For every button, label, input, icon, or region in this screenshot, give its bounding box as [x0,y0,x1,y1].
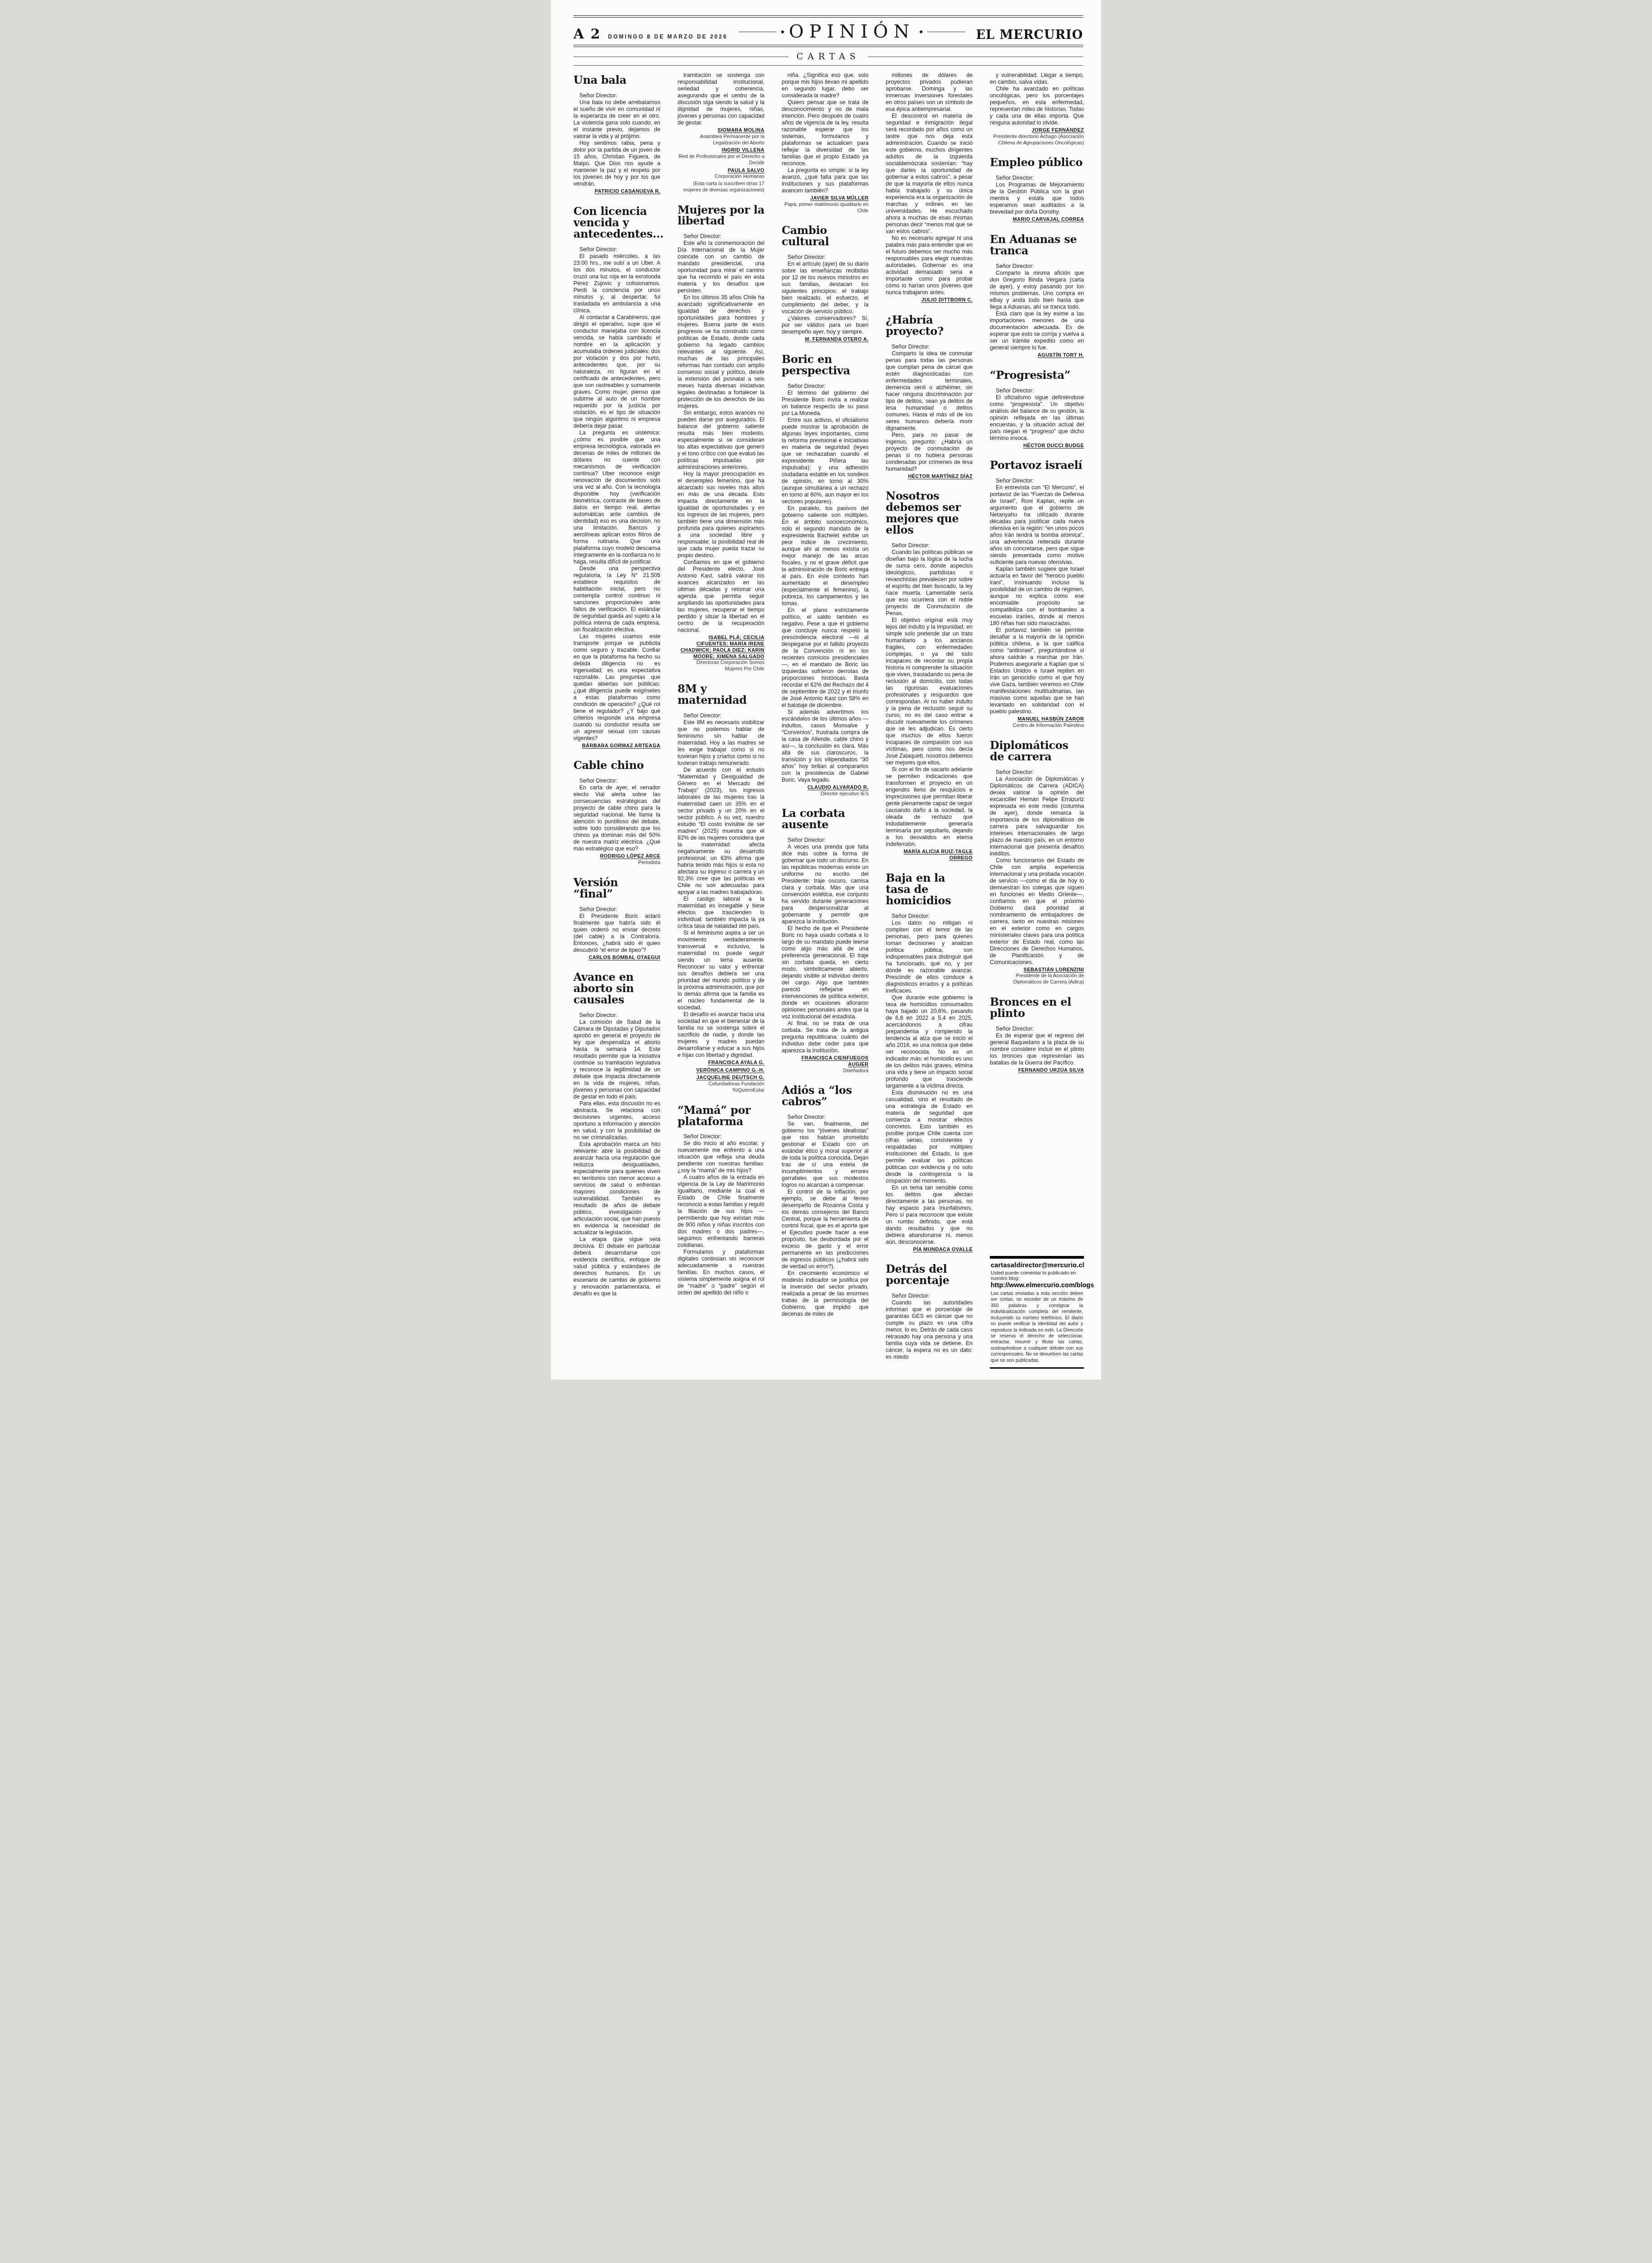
letter-title: Bronces en el plinto [990,997,1084,1019]
signature-name: AGUSTÍN TORT H. [1038,353,1084,358]
signature: PAULA SALVO [678,168,764,174]
letter-title: Avance en aborto sin causales [573,972,660,1006]
signature-note: (Esta carta la suscriben otras 17 mujere… [678,181,764,194]
letters-columns: Una balaSeñor Director:Una bala no debe … [573,72,1083,1369]
letter-title: “Mamá” por plataforma [678,1105,764,1127]
letter-paragraph: En carta de ayer, el senador electo Vial… [573,784,660,852]
letter-paragraph: Chile ha avanzado en políticas oncológic… [990,86,1084,126]
letter-paragraph: Señor Director: [573,92,660,99]
signature: FRANCISCA CIENFUEGOS AUGIER [782,1055,869,1068]
signature: PÍA MUNDACA OVALLE [886,1247,973,1253]
letter-paragraph: tramitación se sostenga con responsabili… [678,72,764,126]
letter-paragraph: En los últimos 35 años Chile ha avanzado… [678,294,764,410]
letter: La corbata ausenteSeñor Director:A veces… [782,805,869,1074]
letter-paragraph: ¿Valores conservadores? Sí, por ser váli… [782,315,869,335]
signature: VERÓNICA CAMPINO G.-H. [678,1068,764,1074]
letter-paragraph: El descontrol en materia de seguridad e … [886,113,973,235]
letter-title: Con licencia vencida y antecedentes... [573,206,660,240]
letter-paragraph: Señor Director: [990,387,1084,394]
signature-affiliation: Papá, primer matrimonio igualitario en C… [782,202,869,215]
letter-title: La corbata ausente [782,808,869,831]
letter-paragraph: Señor Director: [886,1293,973,1299]
signature-name: JAVIER SILVA MÜLLER [810,196,869,201]
letter-paragraph: La comisión de Salud de la Cámara de Dip… [573,1019,660,1100]
letter-paragraph: El hecho de que el Presidente Boric no h… [782,925,869,1020]
subsection-title: CARTAS [797,52,860,62]
letter: “Progresista”Señor Director:El oficialis… [990,367,1084,449]
letter-title: ¿Habría proyecto? [886,315,973,337]
banner-rule-left [739,32,777,32]
letter-title: 8M y maternidad [678,683,764,706]
letter: “Mamá” por plataformaSeñor Director:Se d… [678,1102,764,1297]
letter-paragraph: Se van, finalmente, del gobierno los “jó… [782,1121,869,1189]
letter: Mujeres por la libertadSeñor Director:Es… [678,202,764,673]
diamond-icon: ◆ [781,29,784,34]
letter-paragraph: En paralelo, los pasivos del gobierno sa… [782,505,869,607]
letter-paragraph: Sin embargo, estos avances no pueden dar… [678,410,764,471]
letter-paragraph: El oficialismo sigue definiéndose como “… [990,394,1084,442]
letter-paragraph: El castigo laboral a la maternidad es in… [678,896,764,930]
banner-rule-right [927,32,965,32]
signature: JULIO DITTBORN C. [886,297,973,304]
contact-box: cartasaldirector@mercurio.clUsted puede … [990,1256,1084,1369]
letter-continuation: millones de dólares de proyectos privado… [886,72,973,304]
letter-paragraph: Señor Director: [990,1026,1084,1032]
signature-name: INGRID VILLENA [722,148,764,153]
letter-paragraph: El Presidente Boric aclaró finalmente qu… [573,913,660,954]
letter-paragraph: Señor Director: [678,712,764,719]
letter-title: Portavoz israelí [990,460,1084,471]
letter-paragraph: La Asociación de Diplomáticas y Diplomát… [990,776,1084,857]
letter-paragraph: Señor Director: [573,906,660,913]
letter-paragraph: Señor Director: [886,344,973,350]
letter-paragraph: El portavoz también se permite desafiar … [990,627,1084,715]
signature: FRANCISCA AYALA G. [678,1060,764,1066]
letter-paragraph: Comparto la misma afición que don Gregor… [990,270,1084,310]
signature-name: CLAUDIO ALVARADO R. [807,785,869,790]
letter-paragraph: Hoy sentimos rabia, pena y dolor por la … [573,140,660,187]
letter-title: “Progresista” [990,370,1084,381]
letter-paragraph: Confiamos en que el gobierno del Preside… [678,559,764,634]
signature: JAVIER SILVA MÜLLER [782,196,869,202]
letter-paragraph: Quiero pensar que se trata de desconocim… [782,99,869,167]
section-title: OPINIÓN [789,21,915,42]
letter: Boric en perspectivaSeñor Director:El té… [782,351,869,797]
signature: PATRICIO CASANUEVA R. [573,189,660,195]
letter-title: Boric en perspectiva [782,354,869,377]
letter-paragraph: Señor Director: [990,263,1084,270]
signature-name: ISABEL PLÁ; CECILIA CIFUENTES; MARÍA IRE… [680,635,764,659]
letter-paragraph: Señor Director: [678,233,764,240]
letter-paragraph: Pero, para no pasar de ingenuo, pregunto… [886,432,973,473]
signature-affiliation: Corporación Humanas [678,174,764,180]
letter-paragraph: Este 8M es necesario visibilizar que no … [678,719,764,767]
letter-paragraph: Señor Director: [886,542,973,549]
letter-paragraph: De acuerdo con el estudio “Maternidad y … [678,767,764,896]
letter-paragraph: A cuatro años de la entrada en vigencia … [678,1174,764,1249]
signature-affiliation: Periodista [573,860,660,866]
signature-name: PATRICIO CASANUEVA R. [595,189,660,194]
letter: ¿Habría proyecto?Señor Director:Comparto… [886,312,973,480]
letter-paragraph: Este año la conmemoración del Día Intern… [678,240,764,294]
letter-paragraph: Formularios y plataformas digitales cont… [678,1249,764,1296]
column-5: y vulnerabilidad. Llegar a tiempo, en ca… [990,72,1084,1369]
signature-affiliation: Cofundadoras Fundación YoQuieroEstar [678,1081,764,1094]
letter-paragraph: En el plano estrictamente político, el s… [782,607,869,709]
letter-paragraph: Al final, no se trata de una corbata. Se… [782,1020,869,1054]
letter-paragraph: Esta disminución no es una casualidad, s… [886,1089,973,1184]
letter-paragraph: y vulnerabilidad. Llegar a tiempo, en ca… [990,72,1084,86]
letter: Versión “final”Señor Director:El Preside… [573,874,660,961]
letter-continuation: niña. ¿Significa eso que, solo porque mi… [782,72,869,214]
signature: M. FERNANDA OTERO A. [782,337,869,343]
signature-affiliation: Directoras Corporación Somos Mujeres Por… [678,660,764,673]
letter-paragraph: Las mujeres usamos este transporte porqu… [573,633,660,742]
letter-paragraph: Señor Director: [678,1133,764,1140]
signature: SEBASTIÁN LORENZINI [990,967,1084,974]
signature: BÁRBARA GORMAZ ARTEAGA [573,743,660,750]
signature-name: MANUEL HASBÚN ZAROR [1017,716,1084,722]
letter: Detrás del porcentajeSeñor Director:Cuan… [886,1261,973,1361]
letter-title: Cambio cultural [782,225,869,248]
letter: Cambio culturalSeñor Director:En el artí… [782,222,869,343]
signature-name: JULIO DITTBORN C. [921,297,973,303]
blog-note: Usted puede comentar lo publicado en nue… [991,1270,1083,1281]
newspaper-page: A 2 DOMINGO 8 DE MARZO DE 2026 ◆ OPINIÓN… [551,0,1101,1380]
letter-paragraph: Desde una perspectiva regulatoria, la Le… [573,565,660,633]
letter-paragraph: Al contactar a Carabineros, que dirigió … [573,314,660,430]
letter-paragraph: Si el feminismo aspira a ser un movimien… [678,930,764,1011]
letter-paragraph: El desafío es avanzar hacia una sociedad… [678,1011,764,1059]
signature-name: MARIO CARVAJAL CORREA [1012,217,1084,222]
letter-paragraph: En crecimiento económico el modesto indi… [782,1270,869,1318]
letter-title: Mujeres por la libertad [678,205,764,227]
top-divider [573,15,1083,18]
signature-name: SEBASTIÁN LORENZINI [1024,967,1084,973]
signature: ISABEL PLÁ; CECILIA CIFUENTES; MARÍA IRE… [678,635,764,660]
signature-affiliation: Director ejecutivo IES [782,791,869,797]
letter-paragraph: Señor Director: [990,769,1084,776]
letter-paragraph: Hoy la mayor preocupación es el desemple… [678,471,764,559]
letter-paragraph: Está claro que la ley exime a las import… [990,310,1084,351]
letter-paragraph: La pregunta es sistémica: ¿cómo es posib… [573,430,660,565]
letter-paragraph: En entrevista con “El Mercurio”, el port… [990,484,1084,566]
signature-name: HÉCTOR DUCCI BUDGE [1023,443,1084,449]
signature-name: M. FERNANDA OTERO A. [805,337,869,342]
signature: INGRID VILLENA [678,148,764,154]
letter: Adiós a “los cabros”Señor Director:Se va… [782,1082,869,1318]
letter-title: Diplomáticos de carrera [990,740,1084,763]
subsection-divider [573,65,1083,66]
letter-continuation: y vulnerabilidad. Llegar a tiempo, en ca… [990,72,1084,146]
letter: Baja en la tasa de homicidiosSeñor Direc… [886,870,973,1253]
letter-paragraph: millones de dólares de proyectos privado… [886,72,973,113]
column-3: niña. ¿Significa eso que, solo porque mi… [782,72,869,1369]
letter-title: Baja en la tasa de homicidios [886,873,973,907]
signature-name: CARLOS BOMBAL OTAEGUI [589,955,660,960]
column-1: Una balaSeñor Director:Una bala no debe … [573,72,660,1369]
page-number: A 2 [573,26,601,42]
signature: FERNANDO URZÚA SILVA [990,1068,1084,1074]
letter-paragraph: Como funcionarios del Estado de Chile co… [990,857,1084,966]
letter-paragraph: Se dio inicio al año escolar, y nuevamen… [678,1140,764,1174]
blog-url-link[interactable]: http://www.elmercurio.com/blogs [991,1282,1083,1289]
letter-paragraph: Señor Director: [990,477,1084,484]
letter-paragraph: El objetivo original está muy lejos del … [886,617,973,766]
signature-name: FERNANDO URZÚA SILVA [1018,1068,1084,1073]
letter-paragraph: La etapa que sigue será decisiva. El deb… [573,1236,660,1297]
cartas-rule-right [868,57,1083,57]
letter: Empleo públicoSeñor Director:Los Program… [990,154,1084,223]
letter-paragraph: Que durante este gobierno la tasa de hom… [886,994,973,1089]
signature: MARÍA ALICIA RUIZ-TAGLE ORREGO [886,849,973,862]
cartas-rule-left [573,57,788,57]
letter-title: Nosotros debemos ser mejores que ellos [886,491,973,536]
letter-paragraph: Kaplan también sugiere que Israel actuar… [990,566,1084,627]
letter-continuation: tramitación se sostenga con responsabili… [678,72,764,194]
signature-name: JORGE FERNÁNDEZ [1032,128,1084,133]
letter-paragraph: La pregunta es simple: si la ley avanzó,… [782,167,869,194]
signature-name: JACQUELINE DEUTSCH G. [697,1075,764,1080]
signature-name: MARÍA ALICIA RUIZ-TAGLE ORREGO [903,849,973,861]
signature: MARIO CARVAJAL CORREA [990,217,1084,223]
signature-name: RODRIGO LÓPEZ ARCE [600,854,660,859]
letter-paragraph: Entre sus activos, el oficialismo puede … [782,417,869,505]
signature-name: HÉCTOR MARTÍNEZ DÍAZ [908,474,973,479]
signature: AGUSTÍN TORT H. [990,353,1084,359]
signature-name: VERÓNICA CAMPINO G.-H. [696,1068,764,1073]
signature: MANUEL HASBÚN ZAROR [990,716,1084,723]
signature: CARLOS BOMBAL OTAEGUI [573,955,660,961]
letter-paragraph: Señor Director: [573,246,660,253]
letter-paragraph: Señor Director: [782,1114,869,1121]
column-2: tramitación se sostenga con responsabili… [678,72,764,1369]
letter-paragraph: Si con el fin de sacarlo adelante se per… [886,766,973,848]
letter-paragraph: En el artículo (ayer) de su diario sobre… [782,261,869,315]
signature-name: BÁRBARA GORMAZ ARTEAGA [582,743,660,749]
letter-paragraph: Una bala no debe arrebatarnos el sueño d… [573,99,660,140]
newspaper-logo: EL MERCURIO [976,28,1084,42]
letter-paragraph: El pasado miércoles, a las 23:00 hrs., m… [573,253,660,314]
letter: Nosotros debemos ser mejores que ellosSe… [886,488,973,861]
letter: Diplomáticos de carreraSeñor Director:La… [990,737,1084,986]
signature-name: SIOMARA MOLINA [717,128,764,133]
signature-name: FRANCISCA CIENFUEGOS AUGIER [802,1055,869,1067]
signature-affiliation: Diseñadora [782,1068,869,1074]
letter-title: Detrás del porcentaje [886,1264,973,1286]
letter: 8M y maternidadSeñor Director:Este 8M es… [678,681,764,1094]
letter-paragraph: Señor Director: [573,778,660,784]
letter-paragraph: Señor Director: [782,837,869,844]
letter-title: Cable chino [573,760,660,771]
letter-paragraph: Los Programas de Mejoramiento de la Gest… [990,181,1084,215]
letter-paragraph: Cuando las políticas públicas se diseñan… [886,549,973,617]
letters-policy-text: Las cartas enviadas a esta sección deben… [991,1291,1083,1364]
letter-paragraph: Cuando las autoridades informan que el p… [886,1299,973,1361]
signature: HÉCTOR DUCCI BUDGE [990,443,1084,449]
letter-paragraph: Esta aprobación marca un hito relevante:… [573,1141,660,1236]
letter-paragraph: niña. ¿Significa eso que, solo porque mi… [782,72,869,99]
letter: Avance en aborto sin causalesSeñor Direc… [573,969,660,1297]
signature: SIOMARA MOLINA [678,128,764,134]
letter-paragraph: Es de esperar que el regreso del general… [990,1032,1084,1066]
letter-paragraph: No es necesario agregar ni una palabra m… [886,235,973,296]
letter-title: Versión “final” [573,877,660,900]
letter-paragraph: Los datos no mitigan ni compiten con el … [886,920,973,994]
letter-paragraph: Señor Director: [782,254,869,261]
signature-name: PAULA SALVO [728,168,764,173]
letter: Portavoz israelíSeñor Director:En entrev… [990,457,1084,729]
letter-paragraph: Señor Director: [990,175,1084,181]
signature-affiliation: Red de Profesionales por el Derecho a De… [678,154,764,167]
signature: HÉCTOR MARTÍNEZ DÍAZ [886,474,973,480]
section-banner: ◆ OPINIÓN ◆ [739,21,965,42]
letter-paragraph: Señor Director: [782,383,869,390]
letter-title: En Aduanas se tranca [990,234,1084,257]
letter-paragraph: A veces una prenda que falta dice más so… [782,844,869,925]
signature-affiliation: Asamblea Permanente por la Legalización … [678,134,764,147]
signature-name: FRANCISCA AYALA G. [708,1060,764,1065]
letter: Una balaSeñor Director:Una bala no debe … [573,72,660,195]
letter: En Aduanas se trancaSeñor Director:Compa… [990,231,1084,359]
signature-affiliation: Presidente de la Asociación de Diplomáti… [990,973,1084,986]
letter-paragraph: Señor Director: [573,1012,660,1019]
letter-paragraph: En un tema tan sensible como los delitos… [886,1184,973,1246]
header-divider [573,45,1083,47]
letter-paragraph: Para ellas, esta discusión no es abstrac… [573,1100,660,1141]
signature-affiliation: Presidente directorio Achago (Asociación… [990,134,1084,147]
signature-affiliation: Centro de Información Palestina [990,723,1084,729]
letter: Cable chinoSeñor Director:En carta de ay… [573,757,660,866]
letter: Con licencia vencida y antecedentes...Se… [573,203,660,750]
letter-title: Una bala [573,75,660,86]
subsection-banner: CARTAS [573,52,1083,62]
signature: CLAUDIO ALVARADO R. [782,785,869,791]
letter-paragraph: El término del gobierno del Presidente B… [782,390,869,417]
signature: JACQUELINE DEUTSCH G. [678,1075,764,1081]
letter: Bronces en el plintoSeñor Director:Es de… [990,994,1084,1074]
letter-paragraph: Señor Director: [886,913,973,920]
contact-email-link[interactable]: cartasaldirector@mercurio.cl [991,1262,1083,1269]
letter-paragraph: Comparto la idea de conmutar penas para … [886,350,973,432]
diamond-icon: ◆ [919,29,923,34]
letter-paragraph: El control de la inflación, por ejemplo,… [782,1189,869,1270]
issue-date: DOMINGO 8 DE MARZO DE 2026 [608,33,728,40]
signature: JORGE FERNÁNDEZ [990,128,1084,134]
column-4: millones de dólares de proyectos privado… [886,72,973,1369]
signature-name: PÍA MUNDACA OVALLE [913,1247,973,1252]
signature: RODRIGO LÓPEZ ARCE [573,854,660,860]
letter-paragraph: Si además advertimos los escándalos de l… [782,709,869,783]
masthead-row: A 2 DOMINGO 8 DE MARZO DE 2026 ◆ OPINIÓN… [573,20,1083,45]
letter-title: Empleo público [990,157,1084,168]
letter-title: Adiós a “los cabros” [782,1085,869,1108]
